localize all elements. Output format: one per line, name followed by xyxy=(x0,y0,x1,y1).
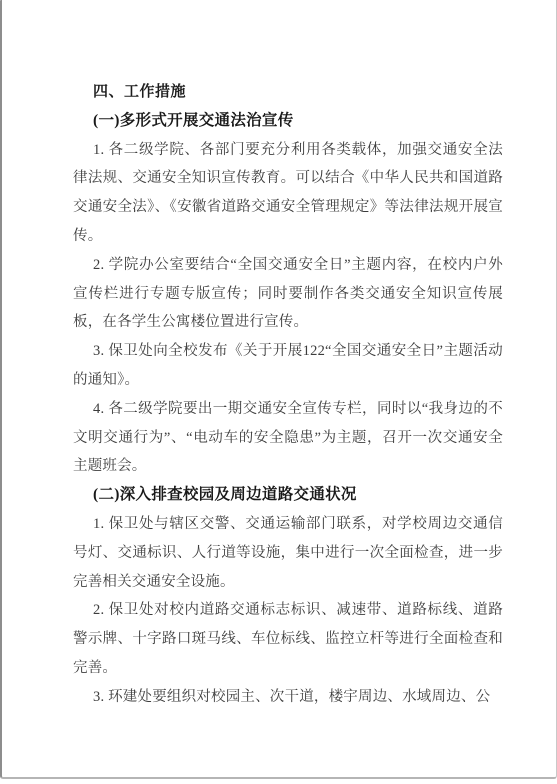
paragraph: 2. 学院办公室要结合“全国交通安全日”主题内容，在校内户外宣传栏进行专题专版宣… xyxy=(73,251,503,337)
document-body: 四、工作措施 (一)多形式开展交通法治宣传 1. 各二级学院、各部门要充分利用各… xyxy=(73,78,503,712)
section-heading: 四、工作措施 xyxy=(73,78,503,107)
paragraph: 4. 各二级学院要出一期交通安全宣传专栏，同时以“我身边的不文明交通行为”、“电… xyxy=(73,395,503,481)
paragraph: 1. 保卫处与辖区交警、交通运输部门联系，对学校周边交通信号灯、交通标识、人行道… xyxy=(73,510,503,596)
document-page: 四、工作措施 (一)多形式开展交通法治宣传 1. 各二级学院、各部门要充分利用各… xyxy=(0,0,557,779)
paragraph: 2. 保卫处对校内道路交通标志标识、减速带、道路标线、道路警示牌、十字路口斑马线… xyxy=(73,596,503,682)
subsection-heading-2: (二)深入排查校园及周边道路交通状况 xyxy=(73,481,503,510)
paragraph: 1. 各二级学院、各部门要充分利用各类载体，加强交通安全法律法规、交通安全知识宣… xyxy=(73,136,503,251)
paragraph: 3. 环建处要组织对校园主、次干道，楼宇周边、水域周边、公 xyxy=(73,683,503,712)
paragraph: 3. 保卫处向全校发布《关于开展122“全国交通安全日”主题活动的通知》。 xyxy=(73,337,503,395)
subsection-heading-1: (一)多形式开展交通法治宣传 xyxy=(73,107,503,136)
